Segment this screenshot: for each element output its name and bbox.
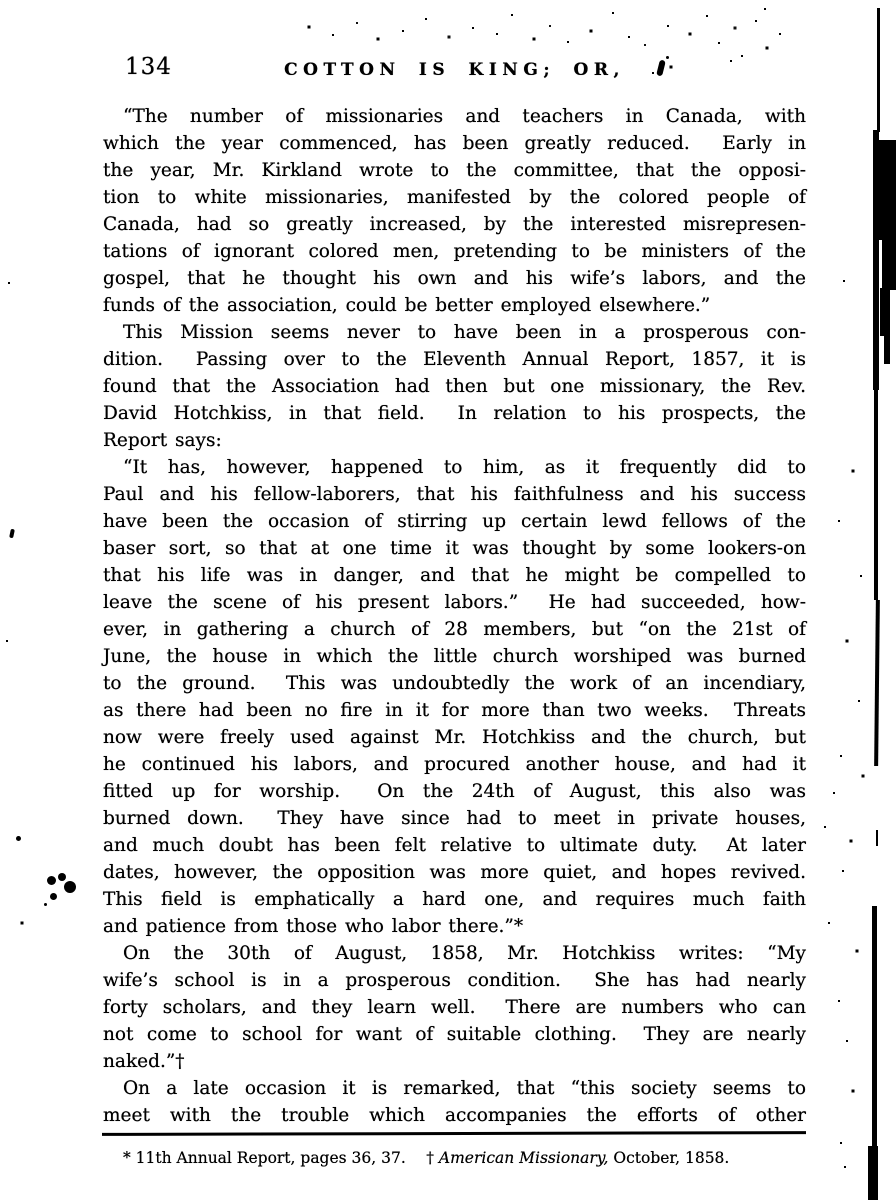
text-line: On a late occasion it is remarked, that … — [103, 1075, 806, 1102]
book-page: 134 COTTON IS KING; OR, “The number of m… — [0, 0, 896, 1200]
text-line: June, the house in which the little chur… — [103, 643, 806, 670]
scan-artifact-right-edge — [874, 600, 880, 766]
text-line: baser sort, so that at one time it was t… — [103, 535, 806, 562]
text-line: now were freely used against Mr. Hotchki… — [103, 724, 806, 751]
scan-artifact-right-edge — [884, 334, 890, 364]
paragraph: On the 30th of August, 1858, Mr. Hotchki… — [103, 940, 806, 1075]
paragraph: This Mission seems never to have been in… — [103, 319, 806, 454]
text-line: and much doubt has been felt relative to… — [103, 832, 806, 859]
text-line: This Mission seems never to have been in… — [103, 319, 806, 346]
text-line: funds of the association, could be bette… — [103, 292, 806, 319]
text-line: dates, however, the opposition was more … — [103, 859, 806, 886]
text-line: gospel, that he thought his own and his … — [103, 265, 806, 292]
text-line: he continued his labors, and procured an… — [103, 751, 806, 778]
scan-artifact-right-edge — [879, 140, 896, 240]
scan-artifact-right-edge — [868, 1146, 878, 1200]
text-line: tion to white missionaries, manifested b… — [103, 184, 806, 211]
running-title: COTTON IS KING; OR, — [103, 60, 806, 80]
text-line: This field is emphatically a hard one, a… — [103, 886, 806, 913]
text-line: and patience from those who labor there.… — [103, 913, 806, 940]
text-line: to the ground. This was undoubtedly the … — [103, 670, 806, 697]
text-line: Report says: — [103, 427, 806, 454]
text-line: naked.”† — [103, 1048, 806, 1075]
footnote: * 11th Annual Report, pages 36, 37. † Am… — [103, 1149, 806, 1167]
text-column: “The number of missionaries and teachers… — [103, 103, 806, 1129]
ink-spot — [9, 529, 15, 539]
paragraph: “The number of missionaries and teachers… — [103, 103, 806, 319]
footnote-text: October, 1858. — [608, 1149, 729, 1167]
paragraph: On a late occasion it is remarked, that … — [103, 1075, 806, 1129]
ink-spot — [16, 836, 21, 841]
text-line: On the 30th of August, 1858, Mr. Hotchki… — [103, 940, 806, 967]
text-line: as there had been no fire in it for more… — [103, 697, 806, 724]
text-line: “The number of missionaries and teachers… — [103, 103, 806, 130]
scan-speckles — [0, 0, 2, 2]
text-line: tations of ignorant colored men, pretend… — [103, 238, 806, 265]
text-line: Canada, had so greatly increased, by the… — [103, 211, 806, 238]
text-line: the year, Mr. Kirkland wrote to the comm… — [103, 157, 806, 184]
text-line: “It has, however, happened to him, as it… — [103, 454, 806, 481]
text-line: found that the Association had then but … — [103, 373, 806, 400]
text-line: meet with the trouble which accompanies … — [103, 1102, 806, 1129]
ink-spot — [666, 56, 669, 59]
text-line: burned down. They have since had to meet… — [103, 805, 806, 832]
paragraph: “It has, however, happened to him, as it… — [103, 454, 806, 940]
text-line: ever, in gathering a church of 28 member… — [103, 616, 806, 643]
text-line: that his life was in danger, and that he… — [103, 562, 806, 589]
footnote-journal-title: American Missionary, — [439, 1149, 609, 1167]
ink-spot — [44, 903, 47, 906]
text-line: dition. Passing over to the Eleventh Ann… — [103, 346, 806, 373]
ink-spot — [47, 876, 56, 885]
scan-artifact-right-edge — [880, 288, 890, 336]
scan-artifact-right-edge — [874, 388, 878, 600]
footnote-text: † — [426, 1149, 439, 1167]
scan-artifact-right-edge — [876, 830, 878, 846]
text-line: forty scholars, and they learn well. The… — [103, 994, 806, 1021]
scan-artifact-right-edge — [877, 8, 880, 132]
text-line: wife’s school is in a prosperous conditi… — [103, 967, 806, 994]
scan-artifact-right-edge — [882, 238, 896, 290]
text-line: which the year commenced, has been great… — [103, 130, 806, 157]
page-header: 134 COTTON IS KING; OR, — [103, 54, 806, 88]
ink-spot — [58, 873, 66, 881]
ink-spot — [64, 881, 76, 893]
ink-spot — [50, 893, 57, 900]
footnote-rule — [102, 1131, 806, 1136]
text-line: Paul and his fellow-laborers, that his f… — [103, 481, 806, 508]
text-line: have been the occasion of stirring up ce… — [103, 508, 806, 535]
footnote-text: * 11th Annual Report, pages 36, 37. — [123, 1149, 426, 1167]
text-line: not come to school for want of suitable … — [103, 1021, 806, 1048]
text-line: David Hotchkiss, in that field. In relat… — [103, 400, 806, 427]
text-line: leave the scene of his present labors.” … — [103, 589, 806, 616]
text-line: fitted up for worship. On the 24th of Au… — [103, 778, 806, 805]
